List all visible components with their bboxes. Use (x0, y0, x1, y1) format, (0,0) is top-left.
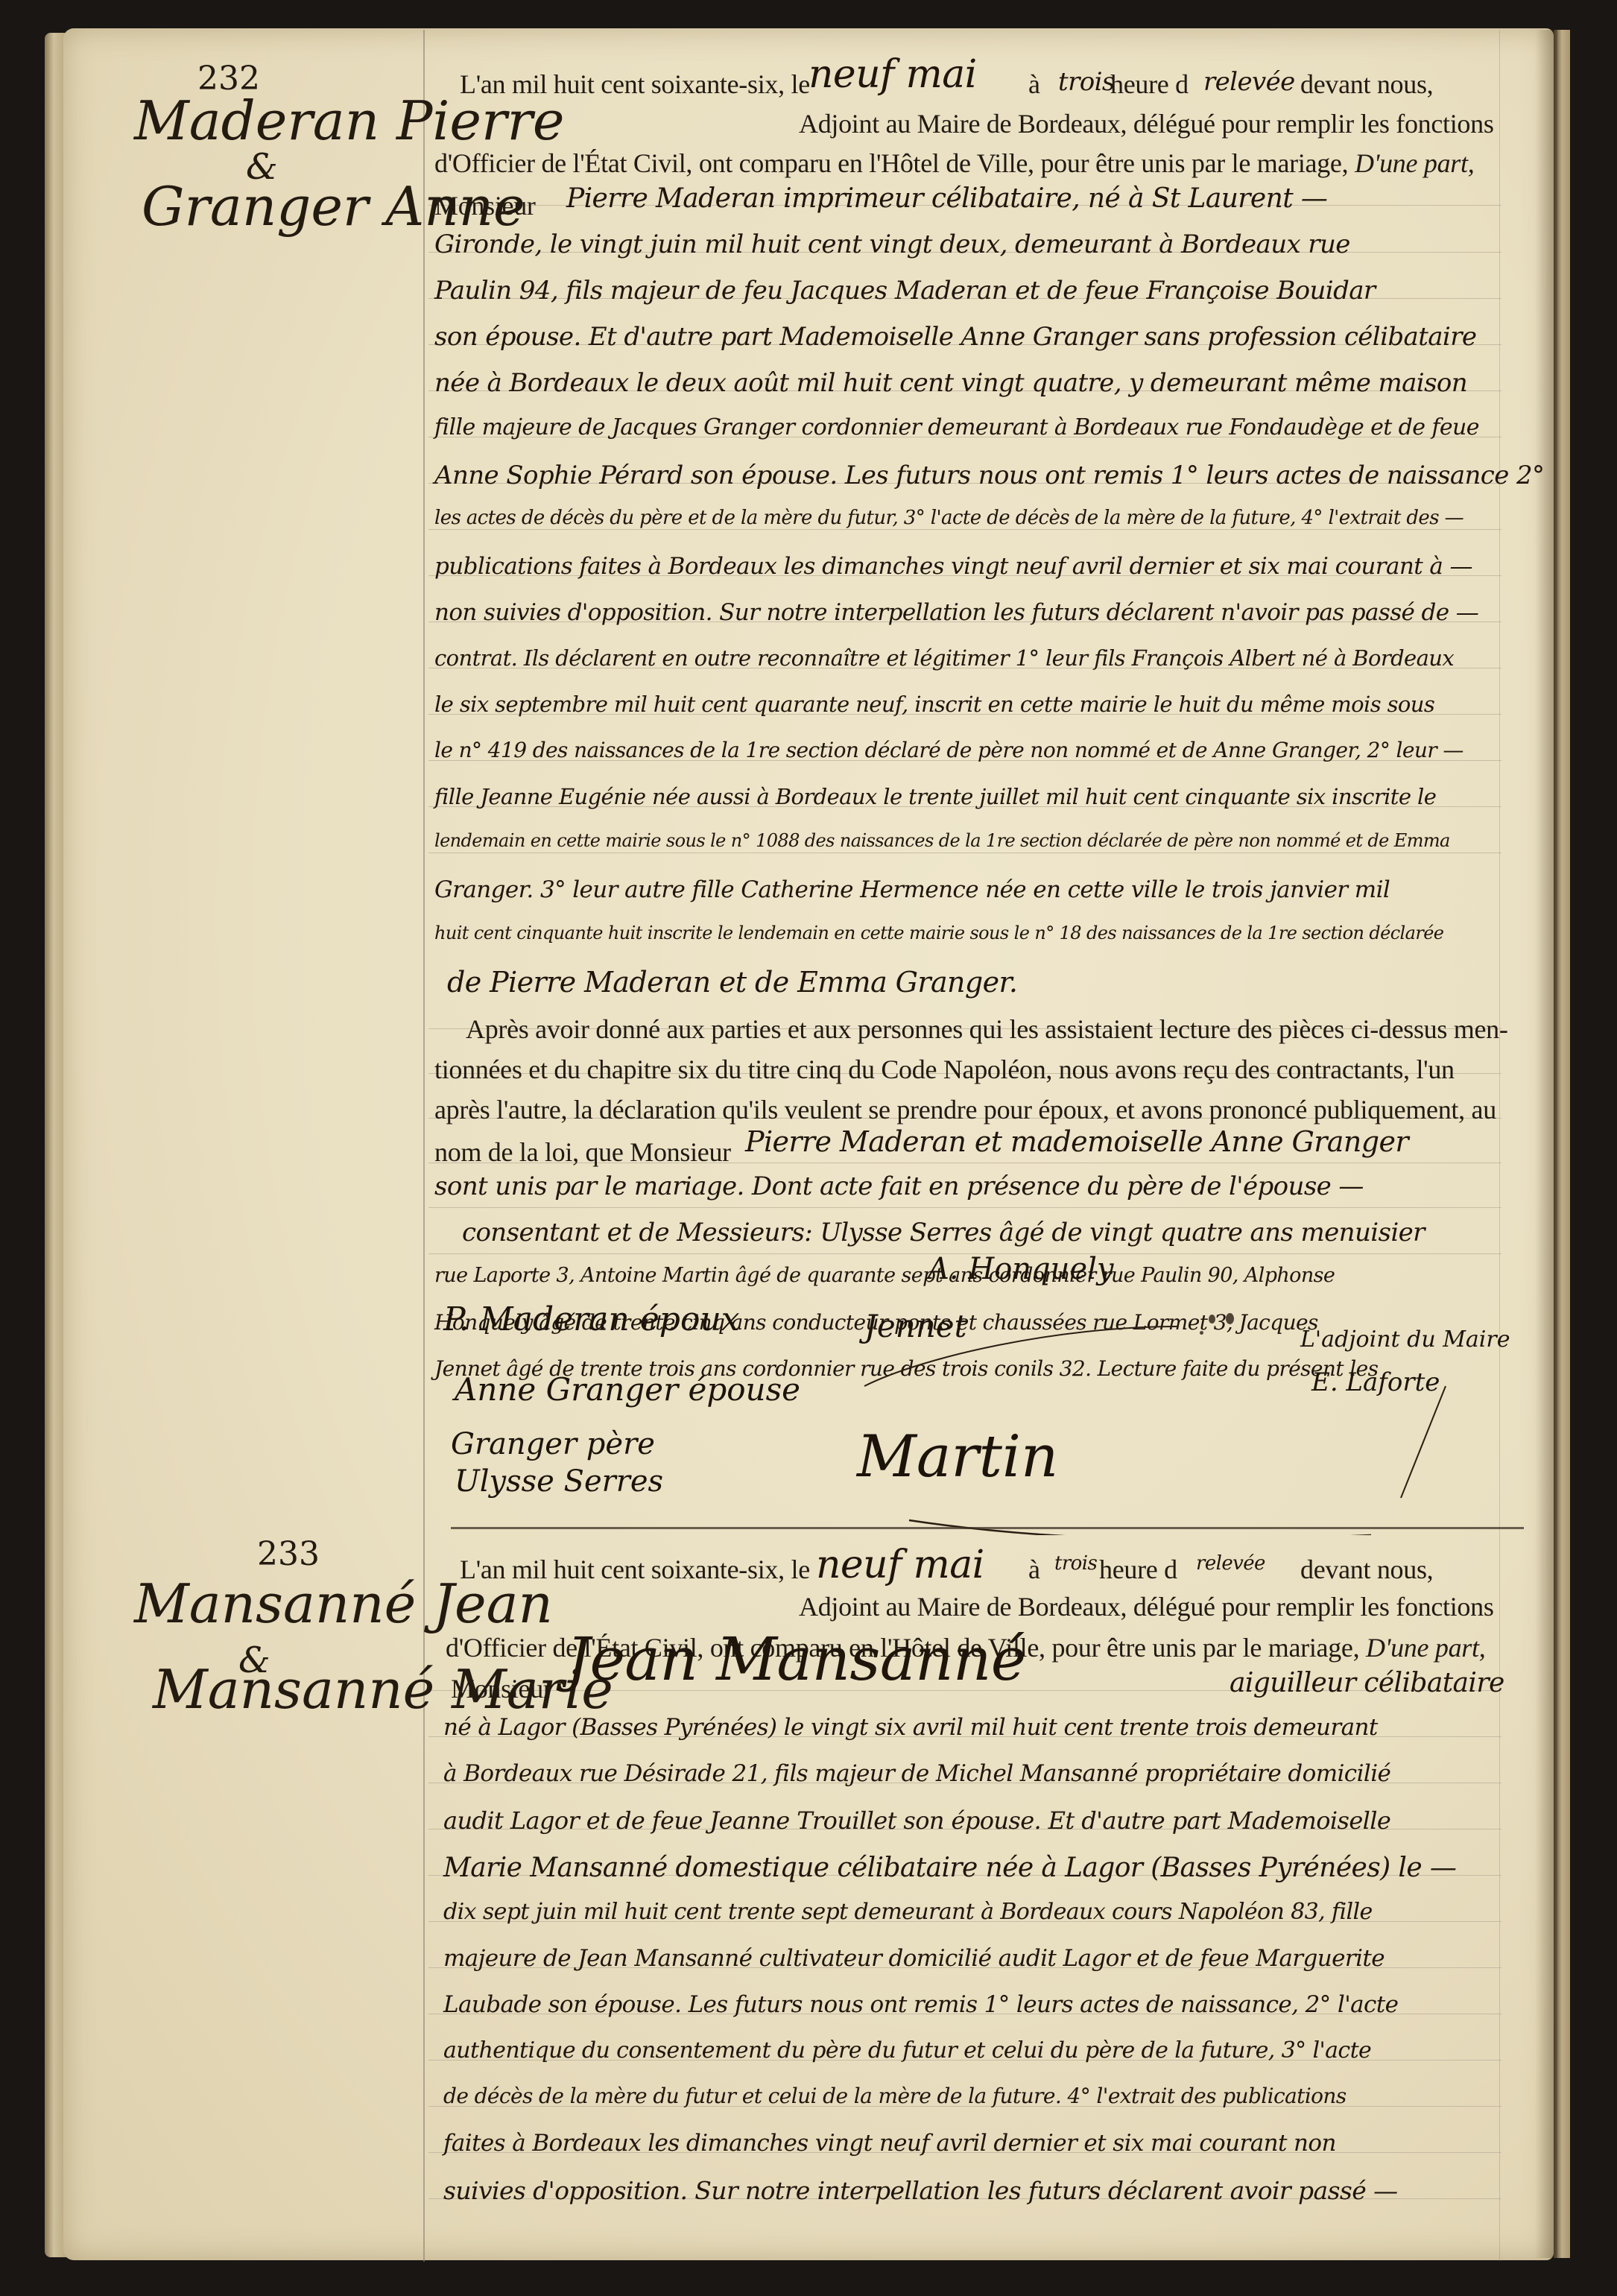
body-line: Anne Sophie Pérard son épouse. Les futur… (434, 461, 1544, 490)
body-line: dix sept juin mil huit cent trente sept … (443, 1899, 1373, 1925)
body-line: lendemain en cette mairie sous le n° 108… (434, 830, 1450, 851)
body-line: fille Jeanne Eugénie née aussi à Bordeau… (434, 784, 1436, 809)
body-line: non suivies d'opposition. Sur notre inte… (434, 599, 1478, 626)
signature-witness-honquely: A. Honquely (928, 1252, 1113, 1286)
printed-line-2: Adjoint au Maire de Bordeaux, délégué po… (799, 1591, 1494, 1622)
body-line: suivies d'opposition. Sur notre interpel… (443, 2176, 1397, 2205)
printed2-line-2: tionnées et du chapitre six du titre cin… (434, 1054, 1455, 1085)
body-line: publications faites à Bordeaux les diman… (434, 553, 1472, 580)
printed2-line-3: après l'autre, la déclaration qu'ils veu… (434, 1094, 1496, 1125)
record-separator (451, 1527, 1524, 1529)
body2-line: Pierre Maderan et mademoiselle Anne Gran… (745, 1125, 1408, 1158)
signature-bride-father: Granger père (451, 1427, 655, 1461)
spine-shadow (1535, 30, 1557, 2258)
printed-heure: heure d (1099, 1554, 1177, 1585)
printed-line-1: L'an mil huit cent soixante-six, le (460, 1554, 810, 1585)
body-line: majeure de Jean Mansanné cultivateur dom… (443, 1945, 1385, 1972)
ruled-line (428, 853, 1501, 853)
margin-rule (423, 30, 425, 2262)
signature-flourish (835, 1297, 1505, 1535)
body2-line: consentant et de Messieurs: Ulysse Serre… (462, 1218, 1425, 1247)
body-line: son épouse. Et d'autre part Mademoiselle… (434, 322, 1476, 352)
filled-time-of-day: relevée (1196, 1552, 1265, 1575)
groom-occupation: aiguilleur célibataire (1230, 1668, 1504, 1698)
printed-a: à (1028, 1554, 1040, 1585)
printed-line-2: Adjoint au Maire de Bordeaux, délégué po… (799, 108, 1494, 139)
body-line: audit Lagor et de feue Jeanne Trouillet … (443, 1806, 1390, 1835)
filled-date: neuf mai (808, 52, 977, 97)
printed-devant-nous: devant nous, (1300, 69, 1433, 100)
body-line: le n° 419 des naissances de la 1re secti… (434, 738, 1463, 762)
body-line: contrat. Ils déclarent en outre reconnaî… (434, 645, 1454, 671)
body-line: Granger. 3° leur autre fille Catherine H… (434, 876, 1390, 903)
printed-line-1: L'an mil huit cent soixante-six, le (460, 69, 810, 100)
body-line: huit cent cinquante huit inscrite le len… (434, 923, 1443, 943)
body-line: Paulin 94, fils majeur de feu Jacques Ma… (434, 276, 1376, 306)
filled-hour: trois (1058, 67, 1115, 97)
groom-name: Jean Mansanné (566, 1625, 1026, 1694)
body-line: les actes de décès du père et de la mère… (434, 507, 1463, 529)
body-line: Laubade son épouse. Les futurs nous ont … (443, 1991, 1398, 2018)
record-number: 233 (257, 1535, 320, 1573)
body-line: le six septembre mil huit cent quarante … (434, 692, 1434, 717)
filled-hour: trois (1054, 1552, 1097, 1575)
printed2-line-1: Après avoir donné aux parties et aux per… (466, 1013, 1508, 1045)
printed-monsieur: Monsieur (451, 1673, 552, 1704)
printed-a: à (1028, 69, 1040, 100)
signature-witness-serres: Ulysse Serres (455, 1464, 663, 1499)
signature-groom: P. Maderan époux (443, 1300, 740, 1338)
body-line: fille majeure de Jacques Granger cordonn… (434, 414, 1479, 440)
ruled-line (428, 529, 1501, 530)
body-line: à Bordeaux rue Désirade 21, fils majeur … (443, 1760, 1390, 1787)
printed2-line-4: nom de la loi, que Monsieur (434, 1136, 731, 1168)
body2-line: sont unis par le mariage. Dont acte fait… (434, 1171, 1364, 1201)
body-line: de Pierre Maderan et de Emma Granger. (447, 966, 1017, 999)
signature-bride: Anne Granger épouse (455, 1371, 800, 1408)
body-line: né à Lagor (Basses Pyrénées) le vingt si… (443, 1714, 1378, 1741)
body-line: Gironde, le vingt juin mil huit cent vin… (434, 230, 1350, 259)
body-line: faites à Bordeaux les dimanches vingt ne… (443, 2130, 1336, 2157)
filled-date: neuf mai (816, 1543, 984, 1587)
right-rule (1499, 30, 1500, 2262)
body-line: Pierre Maderan imprimeur célibataire, né… (566, 183, 1327, 214)
ruled-line (428, 1207, 1501, 1208)
printed-devant-nous: devant nous, (1300, 1554, 1433, 1585)
body-line: authentique du consentement du père du f… (443, 2037, 1371, 2063)
printed-line-3: d'Officier de l'État Civil, ont comparu … (434, 148, 1474, 179)
body-line: de décès de la mère du futur et celui de… (443, 2084, 1347, 2108)
body2-line: rue Laporte 3, Antoine Martin âgé de qua… (434, 1264, 1335, 1287)
body-line: née à Bordeaux le deux août mil huit cen… (434, 368, 1467, 398)
printed-heure: heure d (1110, 69, 1189, 100)
printed-monsieur: Monsieur (434, 190, 536, 221)
body-line: Marie Mansanné domestique célibataire né… (443, 1853, 1456, 1883)
filled-time-of-day: relevée (1203, 67, 1295, 97)
